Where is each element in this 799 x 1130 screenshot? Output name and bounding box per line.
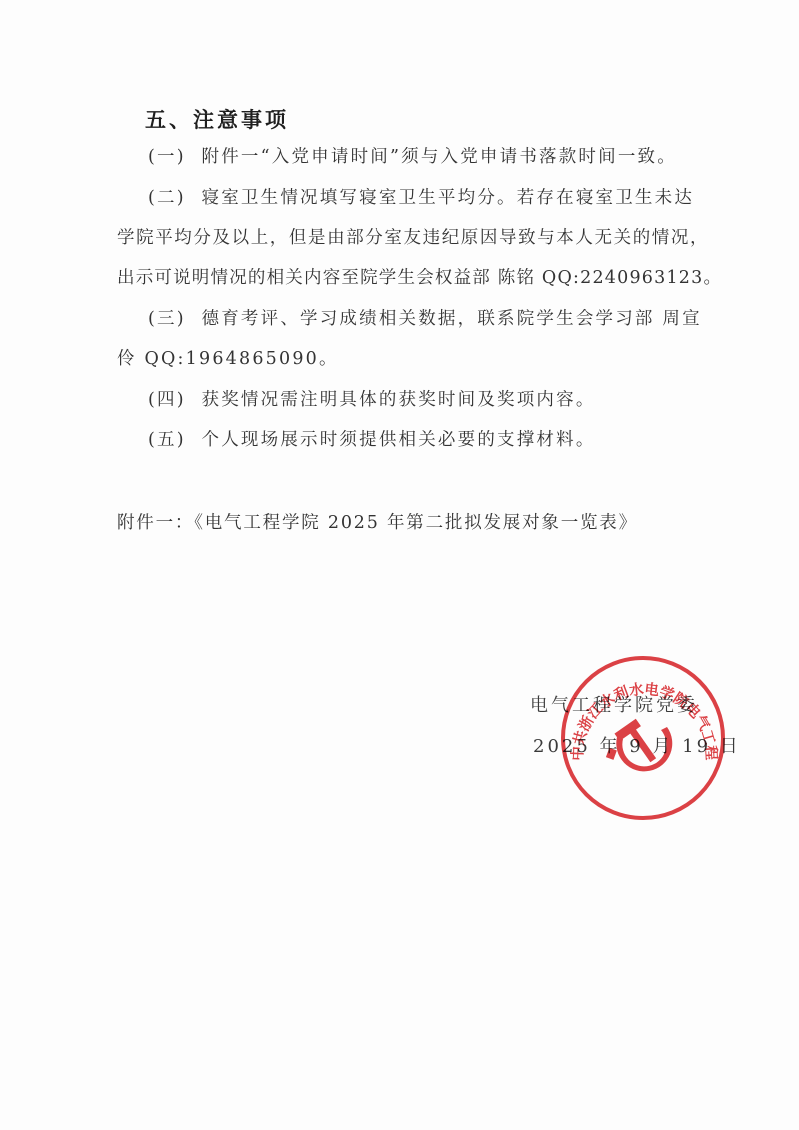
note-item-4: (四) 获奖情况需注明具体的获奖时间及奖项内容。 <box>148 389 596 411</box>
note-item-label: (四) <box>148 390 186 410</box>
note-item-2-contact: 出示可说明情况的相关内容至院学生会权益部 陈铭 QQ:2240963123。 <box>117 267 722 289</box>
note-item-5: (五) 个人现场展示时须提供相关必要的支撑材料。 <box>148 429 596 451</box>
document-page: 五、注意事项 (一) 附件一“入党申请时间”须与入党申请书落款时间一致。 (二)… <box>0 0 799 1130</box>
attachment-reference: 附件一：《电气工程学院 2025 年第二批拟发展对象一览表》 <box>117 512 638 534</box>
party-seal-stamp-icon: 中共浙江水利水电学院电气工程学院委员会 <box>558 653 728 823</box>
note-item-text: 获奖情况需注明具体的获奖时间及奖项内容。 <box>202 390 596 410</box>
note-item-2: (二) 寝室卫生情况填写寝室卫生平均分。若存在寝室卫生未达 <box>148 187 694 209</box>
note-item-3-contact: 伶 QQ:1964865090。 <box>117 348 339 370</box>
section-heading: 五、注意事项 <box>145 104 289 134</box>
note-item-3: (三) 德育考评、学习成绩相关数据，联系院学生会学习部 周宣 <box>148 308 702 330</box>
note-item-label: (二) <box>148 188 186 208</box>
note-item-label: (三) <box>148 309 186 329</box>
hammer-sickle-icon <box>606 719 672 772</box>
note-item-1: (一) 附件一“入党申请时间”须与入党申请书落款时间一致。 <box>148 146 677 168</box>
note-item-text: 附件一“入党申请时间”须与入党申请书落款时间一致。 <box>202 147 677 167</box>
note-item-text: 德育考评、学习成绩相关数据，联系院学生会学习部 周宣 <box>202 309 702 329</box>
note-item-label: (五) <box>148 430 186 450</box>
note-item-text: 寝室卫生情况填写寝室卫生平均分。若存在寝室卫生未达 <box>202 188 695 208</box>
note-item-label: (一) <box>148 147 186 167</box>
note-item-2-continued: 学院平均分及以上，但是由部分室友违纪原因导致与本人无关的情况， <box>117 227 709 249</box>
note-item-text: 个人现场展示时须提供相关必要的支撑材料。 <box>202 430 596 450</box>
